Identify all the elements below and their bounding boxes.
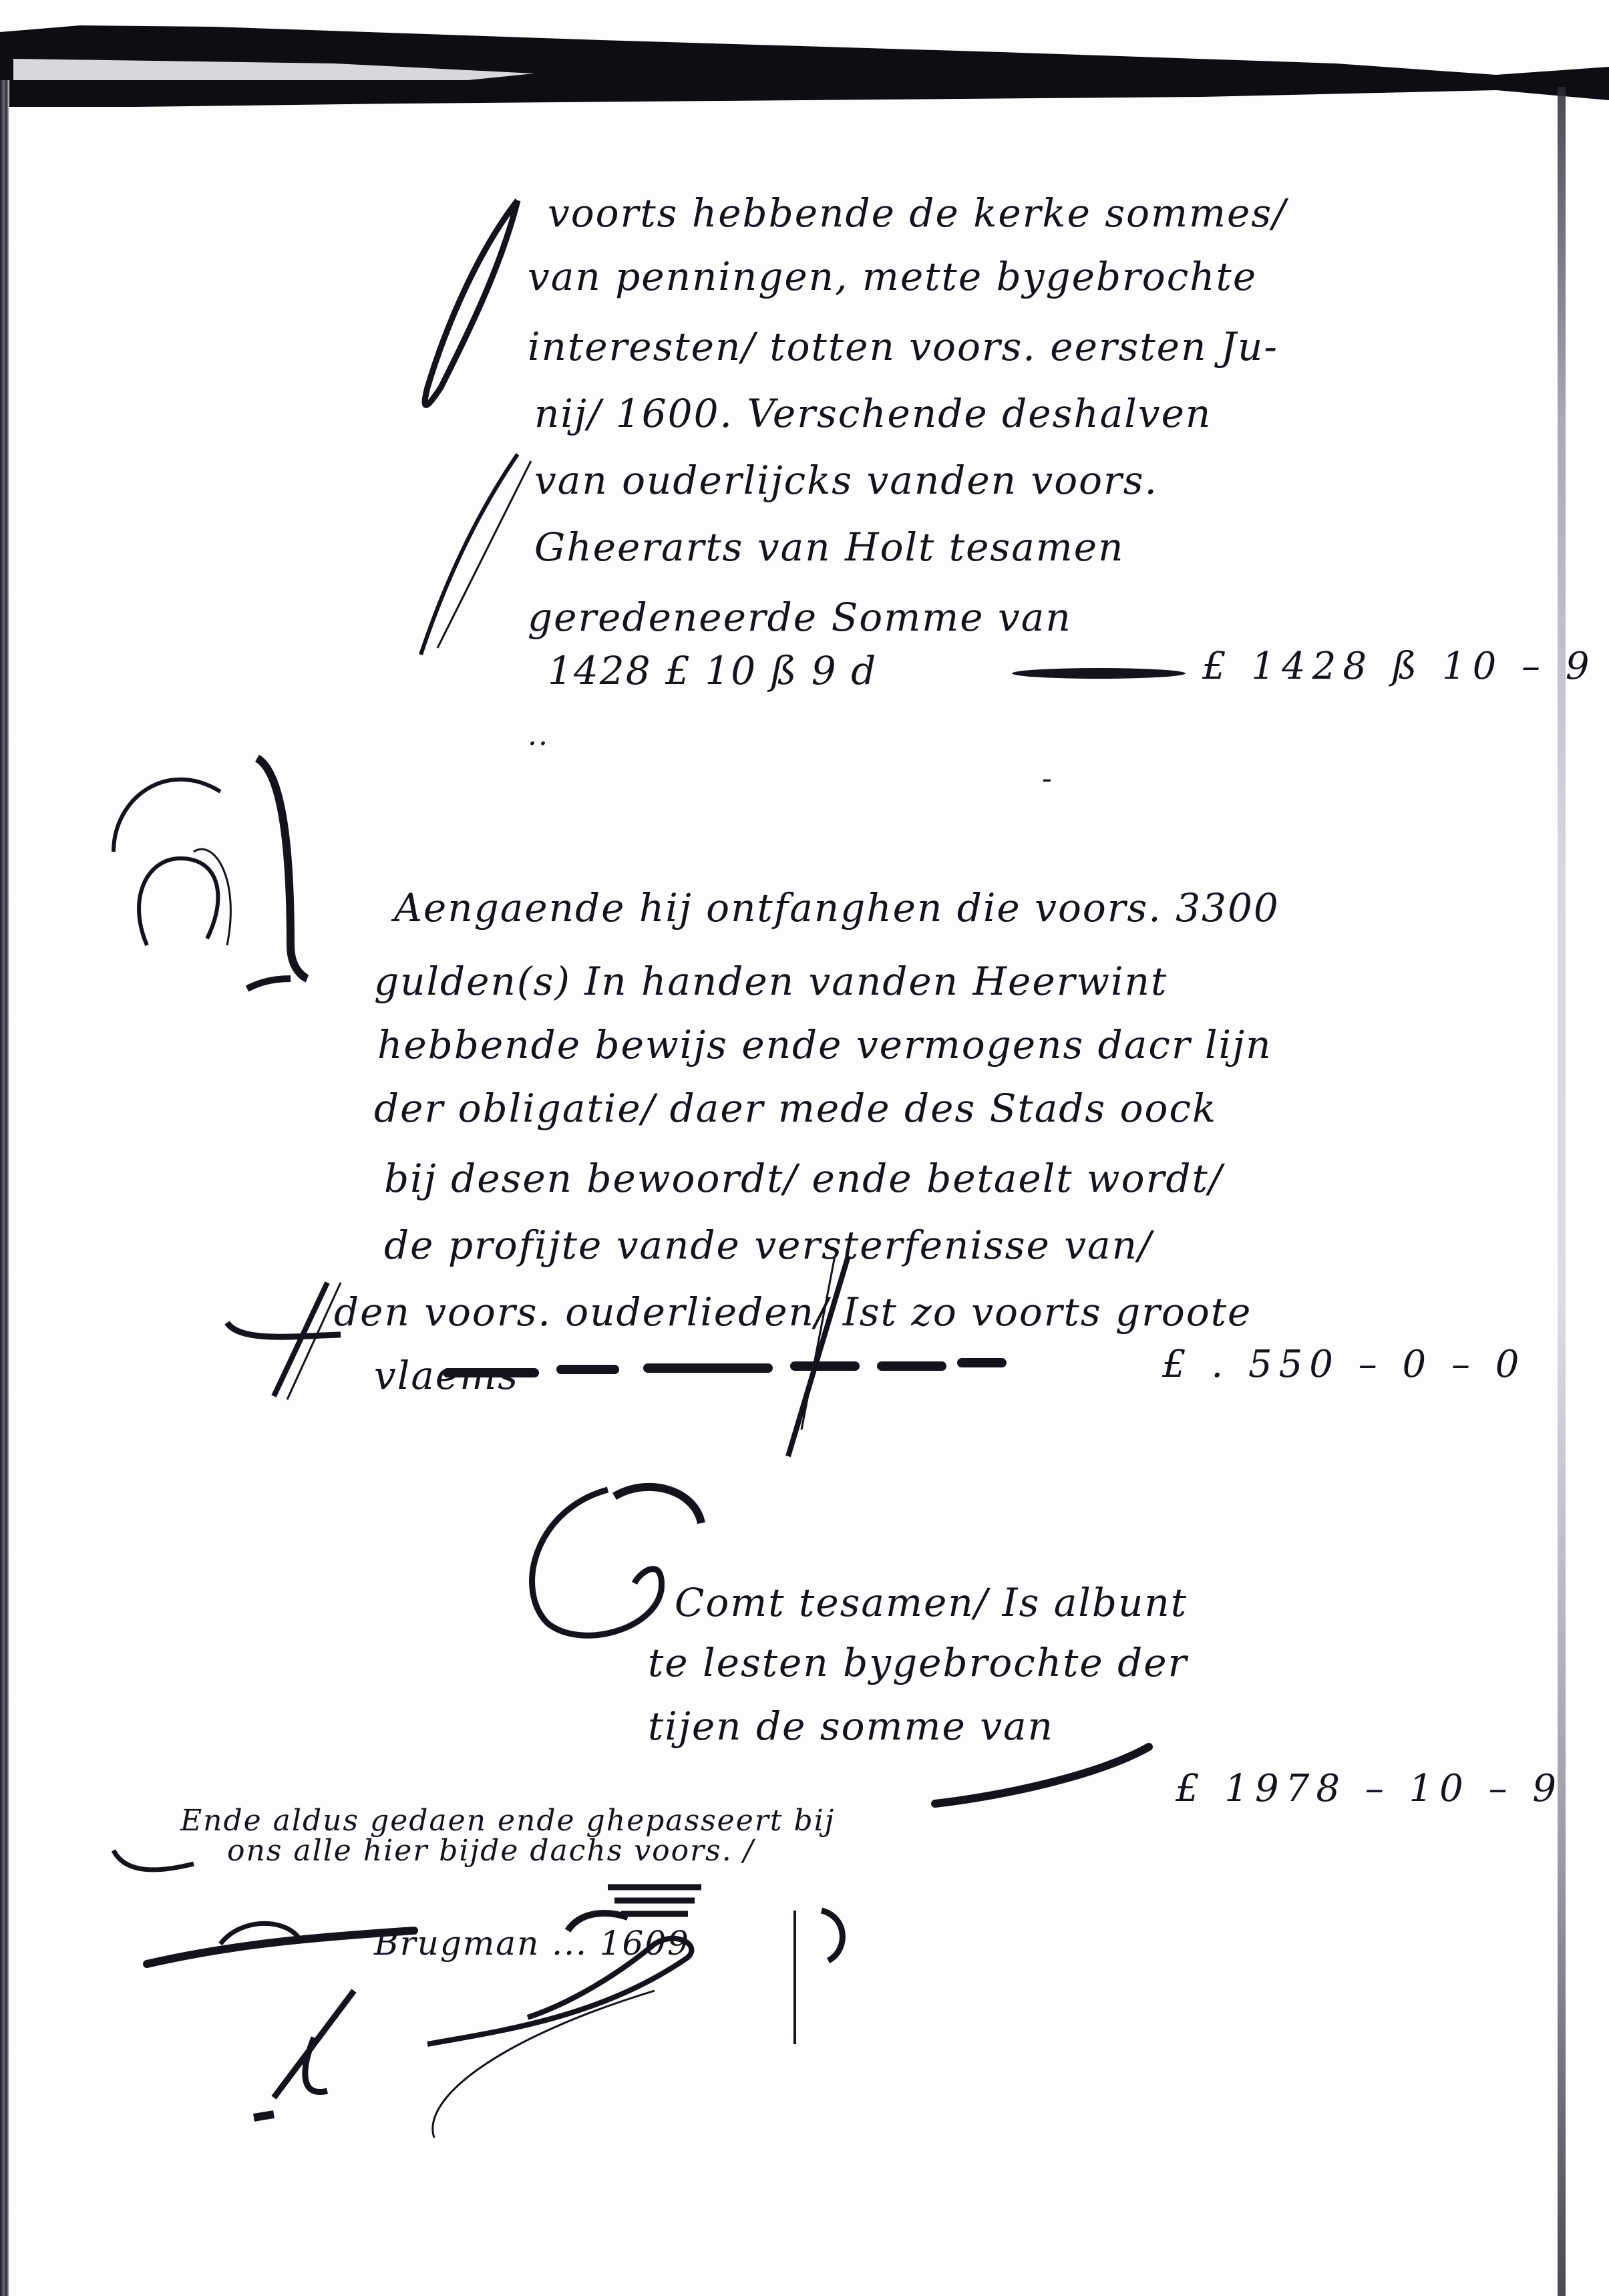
total-line-1: Comt tesamen/ Is albunt — [675, 1583, 1188, 1622]
manuscript-page: voorts hebbende de kerke sommes/ van pen… — [0, 0, 1609, 2296]
entry2-amount: £ . 550 – 0 – 0 — [1162, 1343, 1526, 1386]
total-leader-flourish — [928, 1737, 1155, 1810]
amount-leader-rule — [1012, 668, 1186, 679]
entry1-line-3: interesten/ totten voors. eersten Ju- — [528, 327, 1278, 366]
margin-mark-2: - — [1042, 762, 1053, 796]
entry1-line-8: 1428 £ 10 ß 9 d — [548, 651, 877, 690]
entry2-line-2: gulden(s) In handen vanden Heerwint — [374, 962, 1168, 1001]
page-binding-left — [0, 80, 9, 2296]
entry1-line-1: voorts hebbende de kerke sommes/ — [548, 194, 1287, 232]
entry1-amount: £ 1428 ß 10 – 9 — [1202, 645, 1596, 688]
entry1-line-6: Gheerarts van Holt tesamen — [534, 528, 1124, 566]
entry2-strike-flourishes — [214, 1256, 1216, 1470]
signature-name: Brugman ... 1609 — [374, 1924, 690, 1963]
entry1-line-7: geredeneerde Somme van — [528, 598, 1072, 637]
scan-border-top — [0, 0, 1609, 114]
entry2-line-5: bij desen bewoordt/ ende betaelt wordt/ — [384, 1159, 1223, 1198]
page-edge-right — [1558, 87, 1566, 2296]
capital-v-flourish — [401, 187, 548, 668]
total-line-2: te lesten bygebrochte der — [648, 1643, 1188, 1682]
entry1-line-2: van penningen, mette bygebrochte — [528, 257, 1257, 296]
entry1-line-5: van ouderlijcks vanden voors. — [534, 461, 1158, 500]
entry2-line-1: Aengaende hij ontfanghen die voors. 3300 — [394, 888, 1280, 927]
total-amount: £ 1978 – 10 – 9 — [1176, 1767, 1563, 1810]
signature-flourish — [100, 1817, 968, 2231]
entry1-line-4: nij/ 1600. Verschende deshalven — [534, 394, 1212, 433]
entry2-line-4: der obligatie/ daer mede des Stads oock — [374, 1089, 1217, 1128]
margin-mark-1: .. — [528, 718, 549, 752]
entry2-line-3: hebbende bewijs ende vermogens dacr lijn — [377, 1025, 1272, 1064]
